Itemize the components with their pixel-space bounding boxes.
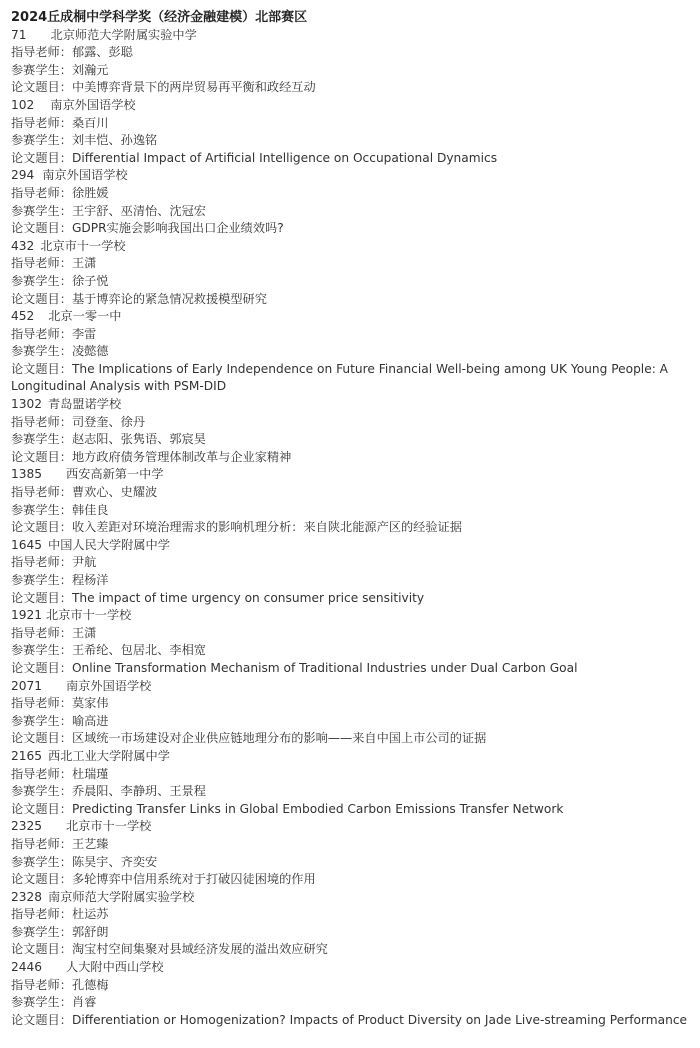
paper-title: Differential Impact of Artificial Intell… xyxy=(72,151,497,165)
award-entry: 432北京市十一学校 指导老师：王潇 参赛学生：徐子悦 论文题目：基于博弈论的紧… xyxy=(11,238,700,308)
advisor-line: 指导老师：莫家伟 xyxy=(11,695,700,713)
entry-id: 1921 xyxy=(11,607,42,625)
paper-line: 论文题目：The Implications of Early Independe… xyxy=(11,361,691,396)
students-label: 参赛学生： xyxy=(11,344,72,358)
paper-label: 论文题目： xyxy=(11,151,72,165)
paper-line: 论文题目：GDPR实施会影响我国出口企业绩效吗? xyxy=(11,220,700,238)
advisor-names: 王艺臻 xyxy=(72,837,109,851)
student-names: 刘丰恺、孙逸铭 xyxy=(72,133,157,147)
advisor-names: 杜运苏 xyxy=(72,907,109,921)
advisor-line: 指导老师：尹航 xyxy=(11,554,700,572)
entry-id: 1302 xyxy=(11,396,42,414)
students-line: 参赛学生：凌懿德 xyxy=(11,343,700,361)
entry-header: 2325北京市十一学校 xyxy=(11,818,700,836)
award-entry: 1302青岛盟诺学校 指导老师：司登奎、徐丹 参赛学生：赵志阳、张隽语、郭宸昊 … xyxy=(11,396,700,466)
entry-header: 294南京外国语学校 xyxy=(11,167,700,185)
paper-label: 论文题目： xyxy=(11,942,72,956)
advisor-line: 指导老师：徐胜媛 xyxy=(11,185,700,203)
student-names: 王希纶、包居北、李相宽 xyxy=(72,643,206,657)
paper-line: 论文题目：Differential Impact of Artificial I… xyxy=(11,150,700,168)
advisor-line: 指导老师：王艺臻 xyxy=(11,836,700,854)
entry-list: 71北京师范大学附属实验中学 指导老师：郁露、彭聪 参赛学生：刘瀚元 论文题目：… xyxy=(11,27,700,1030)
students-label: 参赛学生： xyxy=(11,432,72,446)
advisor-label: 指导老师： xyxy=(11,978,72,992)
students-label: 参赛学生： xyxy=(11,274,72,288)
advisor-line: 指导老师：杜瑞瑾 xyxy=(11,766,700,784)
entry-id: 1385 xyxy=(11,466,42,484)
entry-id: 2446 xyxy=(11,959,42,977)
advisor-label: 指导老师： xyxy=(11,45,72,59)
entry-header: 2071南京外国语学校 xyxy=(11,678,700,696)
entry-header: 102南京外国语学校 xyxy=(11,97,700,115)
advisor-names: 徐胜媛 xyxy=(72,186,109,200)
advisor-label: 指导老师： xyxy=(11,116,72,130)
school-name: 南京师范大学附属实验学校 xyxy=(48,890,194,904)
paper-title: 中美博弈背景下的两岸贸易再平衡和政经互动 xyxy=(72,80,316,94)
students-line: 参赛学生：韩佳良 xyxy=(11,502,700,520)
students-line: 参赛学生：喻高进 xyxy=(11,713,700,731)
paper-label: 论文题目： xyxy=(11,221,72,235)
students-label: 参赛学生： xyxy=(11,784,72,798)
award-entry: 2325北京市十一学校 指导老师：王艺臻 参赛学生：陈昊宇、齐奕安 论文题目：多… xyxy=(11,818,700,888)
students-label: 参赛学生： xyxy=(11,503,72,517)
paper-label: 论文题目： xyxy=(11,520,72,534)
entry-id: 102 xyxy=(11,97,34,115)
award-entry: 2328南京师范大学附属实验学校 指导老师：杜运苏 参赛学生：郭舒朗 论文题目：… xyxy=(11,889,700,959)
advisor-label: 指导老师： xyxy=(11,696,72,710)
advisor-names: 王潇 xyxy=(72,626,96,640)
paper-label: 论文题目： xyxy=(11,292,72,306)
advisor-names: 曹欢心、史耀波 xyxy=(72,485,157,499)
student-names: 郭舒朗 xyxy=(72,925,109,939)
students-label: 参赛学生： xyxy=(11,855,72,869)
paper-line: 论文题目：地方政府债务管理体制改革与企业家精神 xyxy=(11,449,700,467)
paper-title: GDPR实施会影响我国出口企业绩效吗? xyxy=(72,221,284,235)
students-label: 参赛学生： xyxy=(11,63,72,77)
students-line: 参赛学生：肖睿 xyxy=(11,994,700,1012)
advisor-label: 指导老师： xyxy=(11,327,72,341)
student-names: 程杨洋 xyxy=(72,573,109,587)
paper-title: 基于博弈论的紧急情况救援模型研究 xyxy=(72,292,267,306)
school-name: 青岛盟诺学校 xyxy=(48,397,121,411)
advisor-line: 指导老师：孔德梅 xyxy=(11,977,700,995)
paper-label: 论文题目： xyxy=(11,731,72,745)
advisor-line: 指导老师：郁露、彭聪 xyxy=(11,44,700,62)
paper-label: 论文题目： xyxy=(11,1013,72,1027)
award-entry: 2446人大附中西山学校 指导老师：孔德梅 参赛学生：肖睿 论文题目：Diffe… xyxy=(11,959,700,1029)
award-entry: 452北京一零一中 指导老师：李雷 参赛学生：凌懿德 论文题目：The Impl… xyxy=(11,308,700,396)
student-names: 王宇舒、巫清怡、沈冠宏 xyxy=(72,204,206,218)
student-names: 凌懿德 xyxy=(72,344,109,358)
student-names: 刘瀚元 xyxy=(72,63,109,77)
advisor-line: 指导老师：司登奎、徐丹 xyxy=(11,414,700,432)
paper-title: 区域统一市场建设对企业供应链地理分布的影响——来自中国上市公司的证据 xyxy=(72,731,486,745)
student-names: 徐子悦 xyxy=(72,274,109,288)
students-line: 参赛学生：王宇舒、巫清怡、沈冠宏 xyxy=(11,203,700,221)
entry-id: 2165 xyxy=(11,748,42,766)
entry-id: 71 xyxy=(11,27,27,45)
students-label: 参赛学生： xyxy=(11,133,72,147)
school-name: 北京市十一学校 xyxy=(66,819,151,833)
advisor-label: 指导老师： xyxy=(11,837,72,851)
entry-header: 452北京一零一中 xyxy=(11,308,700,326)
advisor-names: 莫家伟 xyxy=(72,696,109,710)
school-name: 南京外国语学校 xyxy=(42,168,127,182)
student-names: 赵志阳、张隽语、郭宸昊 xyxy=(72,432,206,446)
school-name: 北京师范大学附属实验中学 xyxy=(51,28,197,42)
paper-title: 地方政府债务管理体制改革与企业家精神 xyxy=(72,450,291,464)
paper-title: 多轮博弈中信用系统对于打破囚徒困境的作用 xyxy=(72,872,316,886)
advisor-label: 指导老师： xyxy=(11,256,72,270)
advisor-names: 孔德梅 xyxy=(72,978,109,992)
students-line: 参赛学生：刘丰恺、孙逸铭 xyxy=(11,132,700,150)
student-names: 陈昊宇、齐奕安 xyxy=(72,855,157,869)
student-names: 韩佳良 xyxy=(72,503,109,517)
advisor-label: 指导老师： xyxy=(11,907,72,921)
advisor-names: 杜瑞瑾 xyxy=(72,767,109,781)
award-entry: 1645中国人民大学附属中学 指导老师：尹航 参赛学生：程杨洋 论文题目：The… xyxy=(11,537,700,607)
entry-header: 432北京市十一学校 xyxy=(11,238,700,256)
paper-line: 论文题目：基于博弈论的紧急情况救援模型研究 xyxy=(11,291,700,309)
advisor-names: 李雷 xyxy=(72,327,96,341)
paper-title: Differentiation or Homogenization? Impac… xyxy=(72,1013,687,1027)
entry-header: 1385西安高新第一中学 xyxy=(11,466,700,484)
advisor-line: 指导老师：王潇 xyxy=(11,625,700,643)
school-name: 北京市十一学校 xyxy=(40,239,125,253)
students-line: 参赛学生：徐子悦 xyxy=(11,273,700,291)
students-line: 参赛学生：赵志阳、张隽语、郭宸昊 xyxy=(11,431,700,449)
students-label: 参赛学生： xyxy=(11,204,72,218)
entry-header: 1921北京市十一学校 xyxy=(11,607,700,625)
paper-line: 论文题目：收入差距对环境治理需求的影响机理分析：来自陕北能源产区的经验证据 xyxy=(11,519,700,537)
school-name: 南京外国语学校 xyxy=(50,98,135,112)
award-entry: 1385西安高新第一中学 指导老师：曹欢心、史耀波 参赛学生：韩佳良 论文题目：… xyxy=(11,466,700,536)
paper-label: 论文题目： xyxy=(11,661,72,675)
paper-title: Predicting Transfer Links in Global Embo… xyxy=(72,802,563,816)
entry-id: 1645 xyxy=(11,537,42,555)
paper-line: 论文题目：多轮博弈中信用系统对于打破囚徒困境的作用 xyxy=(11,871,700,889)
students-line: 参赛学生：郭舒朗 xyxy=(11,924,700,942)
students-line: 参赛学生：王希纶、包居北、李相宽 xyxy=(11,642,700,660)
entry-header: 2446人大附中西山学校 xyxy=(11,959,700,977)
school-name: 西安高新第一中学 xyxy=(66,467,164,481)
school-name: 中国人民大学附属中学 xyxy=(48,538,170,552)
advisor-names: 郁露、彭聪 xyxy=(72,45,133,59)
paper-line: 论文题目：区域统一市场建设对企业供应链地理分布的影响——来自中国上市公司的证据 xyxy=(11,730,700,748)
student-names: 肖睿 xyxy=(72,995,96,1009)
students-line: 参赛学生：程杨洋 xyxy=(11,572,700,590)
advisor-line: 指导老师：杜运苏 xyxy=(11,906,700,924)
advisor-label: 指导老师： xyxy=(11,485,72,499)
entry-id: 2328 xyxy=(11,889,42,907)
advisor-names: 王潇 xyxy=(72,256,96,270)
advisor-line: 指导老师：桑百川 xyxy=(11,115,700,133)
school-name: 北京一零一中 xyxy=(48,309,121,323)
paper-line: 论文题目：The impact of time urgency on consu… xyxy=(11,590,700,608)
paper-label: 论文题目： xyxy=(11,80,72,94)
paper-label: 论文题目： xyxy=(11,450,72,464)
award-entry: 1921北京市十一学校 指导老师：王潇 参赛学生：王希纶、包居北、李相宽 论文题… xyxy=(11,607,700,677)
advisor-label: 指导老师： xyxy=(11,415,72,429)
advisor-label: 指导老师： xyxy=(11,555,72,569)
award-entry: 71北京师范大学附属实验中学 指导老师：郁露、彭聪 参赛学生：刘瀚元 论文题目：… xyxy=(11,27,700,97)
award-entry: 2165西北工业大学附属中学 指导老师：杜瑞瑾 参赛学生：乔晨阳、李静玥、王景程… xyxy=(11,748,700,818)
paper-label: 论文题目： xyxy=(11,591,72,605)
advisor-line: 指导老师：王潇 xyxy=(11,255,700,273)
paper-title: The Implications of Early Independence o… xyxy=(11,362,668,394)
paper-title: 淘宝村空间集聚对县域经济发展的溢出效应研究 xyxy=(72,942,328,956)
award-entry: 2071南京外国语学校 指导老师：莫家伟 参赛学生：喻高进 论文题目：区域统一市… xyxy=(11,678,700,748)
advisor-line: 指导老师：李雷 xyxy=(11,326,700,344)
students-label: 参赛学生： xyxy=(11,925,72,939)
students-label: 参赛学生： xyxy=(11,995,72,1009)
school-name: 南京外国语学校 xyxy=(66,679,151,693)
advisor-label: 指导老师： xyxy=(11,767,72,781)
entry-id: 432 xyxy=(11,238,34,256)
paper-label: 论文题目： xyxy=(11,802,72,816)
students-line: 参赛学生：乔晨阳、李静玥、王景程 xyxy=(11,783,700,801)
school-name: 西北工业大学附属中学 xyxy=(48,749,170,763)
school-name: 人大附中西山学校 xyxy=(66,960,164,974)
student-names: 喻高进 xyxy=(72,714,109,728)
paper-label: 论文题目： xyxy=(11,872,72,886)
student-names: 乔晨阳、李静玥、王景程 xyxy=(72,784,206,798)
advisor-label: 指导老师： xyxy=(11,626,72,640)
entry-id: 2325 xyxy=(11,818,42,836)
students-line: 参赛学生：刘瀚元 xyxy=(11,62,700,80)
paper-line: 论文题目：中美博弈背景下的两岸贸易再平衡和政经互动 xyxy=(11,79,700,97)
paper-line: 论文题目：Online Transformation Mechanism of … xyxy=(11,660,700,678)
students-label: 参赛学生： xyxy=(11,643,72,657)
students-label: 参赛学生： xyxy=(11,714,72,728)
advisor-line: 指导老师：曹欢心、史耀波 xyxy=(11,484,700,502)
advisor-names: 尹航 xyxy=(72,555,96,569)
entry-header: 1645中国人民大学附属中学 xyxy=(11,537,700,555)
award-entry: 294南京外国语学校 指导老师：徐胜媛 参赛学生：王宇舒、巫清怡、沈冠宏 论文题… xyxy=(11,167,700,237)
paper-title: 收入差距对环境治理需求的影响机理分析：来自陕北能源产区的经验证据 xyxy=(72,520,462,534)
paper-title: Online Transformation Mechanism of Tradi… xyxy=(72,661,578,675)
students-label: 参赛学生： xyxy=(11,573,72,587)
paper-line: 论文题目：Differentiation or Homogenization? … xyxy=(11,1012,691,1030)
paper-line: 论文题目：淘宝村空间集聚对县域经济发展的溢出效应研究 xyxy=(11,941,700,959)
entry-id: 294 xyxy=(11,167,34,185)
paper-title: The impact of time urgency on consumer p… xyxy=(72,591,424,605)
advisor-label: 指导老师： xyxy=(11,186,72,200)
document: 2024丘成桐中学科学奖（经济金融建模）北部赛区 71北京师范大学附属实验中学 … xyxy=(0,0,700,1029)
advisor-names: 司登奎、徐丹 xyxy=(72,415,145,429)
entry-header: 71北京师范大学附属实验中学 xyxy=(11,27,700,45)
students-line: 参赛学生：陈昊宇、齐奕安 xyxy=(11,854,700,872)
award-entry: 102南京外国语学校 指导老师：桑百川 参赛学生：刘丰恺、孙逸铭 论文题目：Di… xyxy=(11,97,700,167)
paper-label: 论文题目： xyxy=(11,362,72,376)
entry-header: 1302青岛盟诺学校 xyxy=(11,396,700,414)
paper-line: 论文题目：Predicting Transfer Links in Global… xyxy=(11,801,700,819)
page-title: 2024丘成桐中学科学奖（经济金融建模）北部赛区 xyxy=(11,9,700,27)
school-name: 北京市十一学校 xyxy=(46,608,131,622)
entry-id: 452 xyxy=(11,308,34,326)
entry-header: 2165西北工业大学附属中学 xyxy=(11,748,700,766)
entry-id: 2071 xyxy=(11,678,42,696)
advisor-names: 桑百川 xyxy=(72,116,109,130)
entry-header: 2328南京师范大学附属实验学校 xyxy=(11,889,700,907)
